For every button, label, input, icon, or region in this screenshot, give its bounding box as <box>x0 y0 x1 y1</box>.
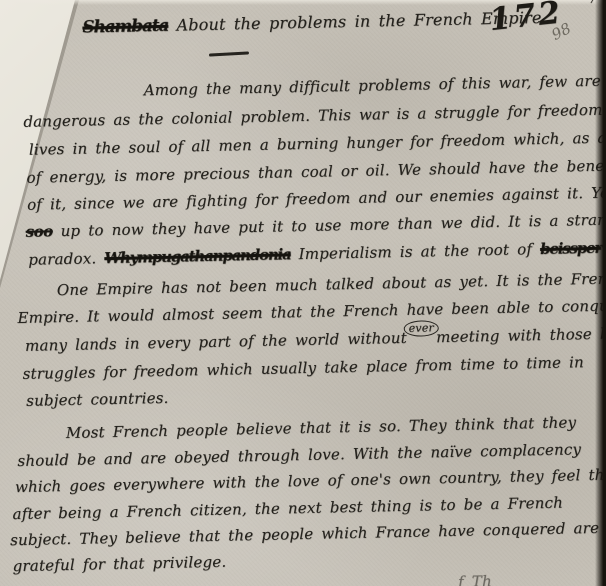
manuscript-line: of energy, is more precious than coal or… <box>26 156 606 186</box>
manuscript-line: should be and are obeyed through love. W… <box>17 440 581 470</box>
manuscript-line: many lands in every part of the world wi… <box>25 324 606 356</box>
manuscript-line: subject. They believe that the people wh… <box>10 519 599 549</box>
manuscript-line: struggles for freedom which usually take… <box>22 353 584 383</box>
scribbled-out-word: Shambata <box>82 16 168 38</box>
handwriting-layer: Shambata About the problems in the Frenc… <box>0 0 606 586</box>
manuscript-line: soo up to now they have put it to use mo… <box>25 210 606 241</box>
photo-dark-edge <box>595 0 606 586</box>
heading-underline-mark <box>209 51 249 56</box>
scribbled-out-phrase: Whympugathanpandonia <box>104 245 291 267</box>
manuscript-line: which goes everywhere with the love of o… <box>15 465 606 496</box>
manuscript-line: One Empire has not been much talked abou… <box>57 269 606 299</box>
clipped-next-line: f Th <box>458 572 492 586</box>
line-text: paradox. <box>28 249 96 268</box>
scribbled-out-word: beissper <box>540 239 601 258</box>
manuscript-photo: Shambata About the problems in the Frenc… <box>0 0 606 586</box>
manuscript-line: Among the many difficult problems of thi… <box>144 68 606 99</box>
manuscript-line: after being a French citizen, the next b… <box>12 494 563 524</box>
line-text: many lands in every part of the world wi… <box>25 329 407 355</box>
manuscript-line: Empire. It would almost seem that the Fr… <box>17 296 606 327</box>
circled-insertion: ever <box>403 320 439 337</box>
line-text: meeting with those bitter <box>436 324 606 346</box>
manuscript-line: of it, since we are fighting for freedom… <box>27 183 606 213</box>
crossed-out-word: soo <box>25 222 52 241</box>
page-heading: Shambata About the problems in the Frenc… <box>82 8 547 38</box>
line-text: Imperialism is at the root of <box>298 240 532 263</box>
manuscript-line: dangerous as the colonial problem. This … <box>23 99 606 130</box>
manuscript-line: subject countries. <box>26 389 169 410</box>
line-text: up to now they have put it to use more t… <box>60 210 606 240</box>
manuscript-line: lives in the soul of all men a burning h… <box>29 127 606 158</box>
manuscript-line: Most French people believe that it is so… <box>66 413 577 442</box>
manuscript-line: paradox. Whympugathanpandonia Imperialis… <box>28 238 606 269</box>
manuscript-line: grateful for that privilege. <box>12 553 226 575</box>
